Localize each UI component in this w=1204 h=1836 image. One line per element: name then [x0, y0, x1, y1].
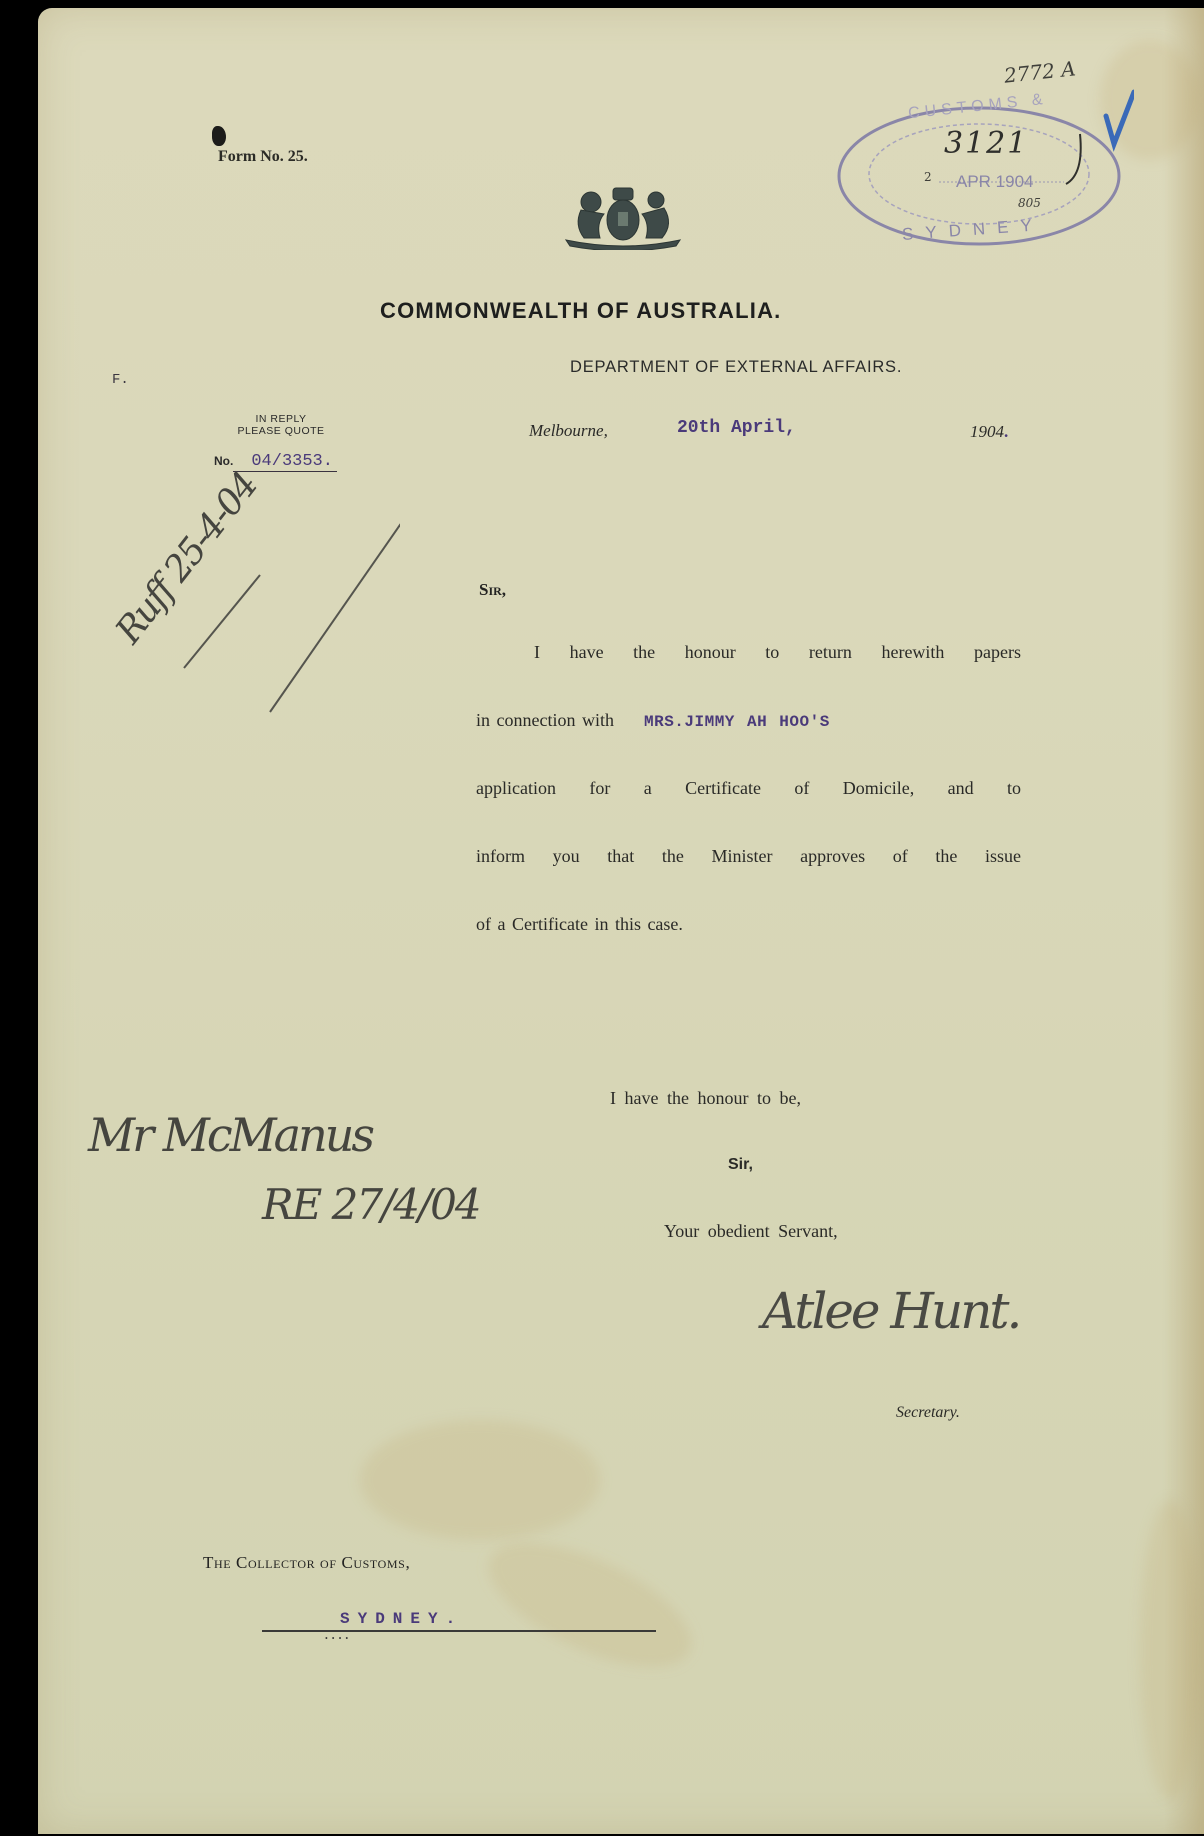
page-title: COMMONWEALTH OF AUSTRALIA. — [380, 298, 880, 324]
coat-of-arms-icon — [556, 180, 690, 250]
body-line-1: I have the honour to return herewith pap… — [476, 641, 1021, 709]
addressee-city: SYDNEY. — [340, 1610, 463, 1628]
stamp-number: 3121 — [944, 126, 1028, 161]
letter-place: Melbourne, — [529, 421, 608, 441]
stamp-sub-number: 805 — [1018, 196, 1041, 210]
body-line-3: application for a Certificate of Domicil… — [476, 777, 1021, 845]
body-line-2: in connection withMRS.JIMMY AH HOO'S — [476, 709, 1021, 777]
reply-number-label: No. — [214, 454, 233, 468]
stamp-day: 2 — [924, 170, 932, 184]
letter-year: 1904. — [970, 422, 1008, 442]
addressee-underline — [262, 1630, 656, 1632]
year-value: 1904 — [970, 422, 1004, 441]
annotation-re-date: RE 27/4/04 — [262, 1180, 480, 1229]
department-name: DEPARTMENT OF EXTERNAL AFFAIRS. — [570, 358, 902, 377]
closing-servant: Your obedient Servant, — [664, 1221, 838, 1242]
closing-phrase: I have the honour to be, — [610, 1088, 801, 1109]
reply-label-line2: PLEASE QUOTE — [226, 425, 336, 437]
applicant-name: MRS.JIMMY AH HOO'S — [644, 713, 830, 731]
signatory-title: Secretary. — [896, 1404, 960, 1422]
body-line-2-prefix: in connection with — [476, 710, 614, 730]
stamp-date: APR 1904 — [956, 172, 1034, 192]
paper-stain — [1140, 1500, 1200, 1800]
addressee-dots: • • • • — [325, 1634, 349, 1643]
form-number: Form No. 25. — [218, 148, 308, 166]
salutation: Sir, — [479, 580, 506, 600]
reply-number-value: 04/3353. — [233, 452, 337, 472]
signature: Atlee Hunt. — [762, 1282, 1019, 1340]
reply-label-line1: IN REPLY — [226, 413, 336, 425]
closing-sir: Sir, — [728, 1156, 753, 1174]
paper-stain — [360, 1420, 600, 1540]
addressee: The Collector of Customs, — [203, 1553, 410, 1573]
side-mark: F. — [112, 372, 129, 388]
body-line-5: of a Certificate in this case. — [476, 913, 1021, 981]
year-dot: . — [1004, 422, 1008, 441]
reply-label: IN REPLY PLEASE QUOTE — [226, 413, 336, 437]
letter-date: 20th April, — [677, 418, 796, 438]
body-line-4: inform you that the Minister approves of… — [476, 845, 1021, 913]
letter-body: I have the honour to return herewith pap… — [476, 641, 1021, 981]
annotation-mcmanus: Mr McManus — [88, 1108, 372, 1162]
ink-blot — [212, 126, 226, 146]
